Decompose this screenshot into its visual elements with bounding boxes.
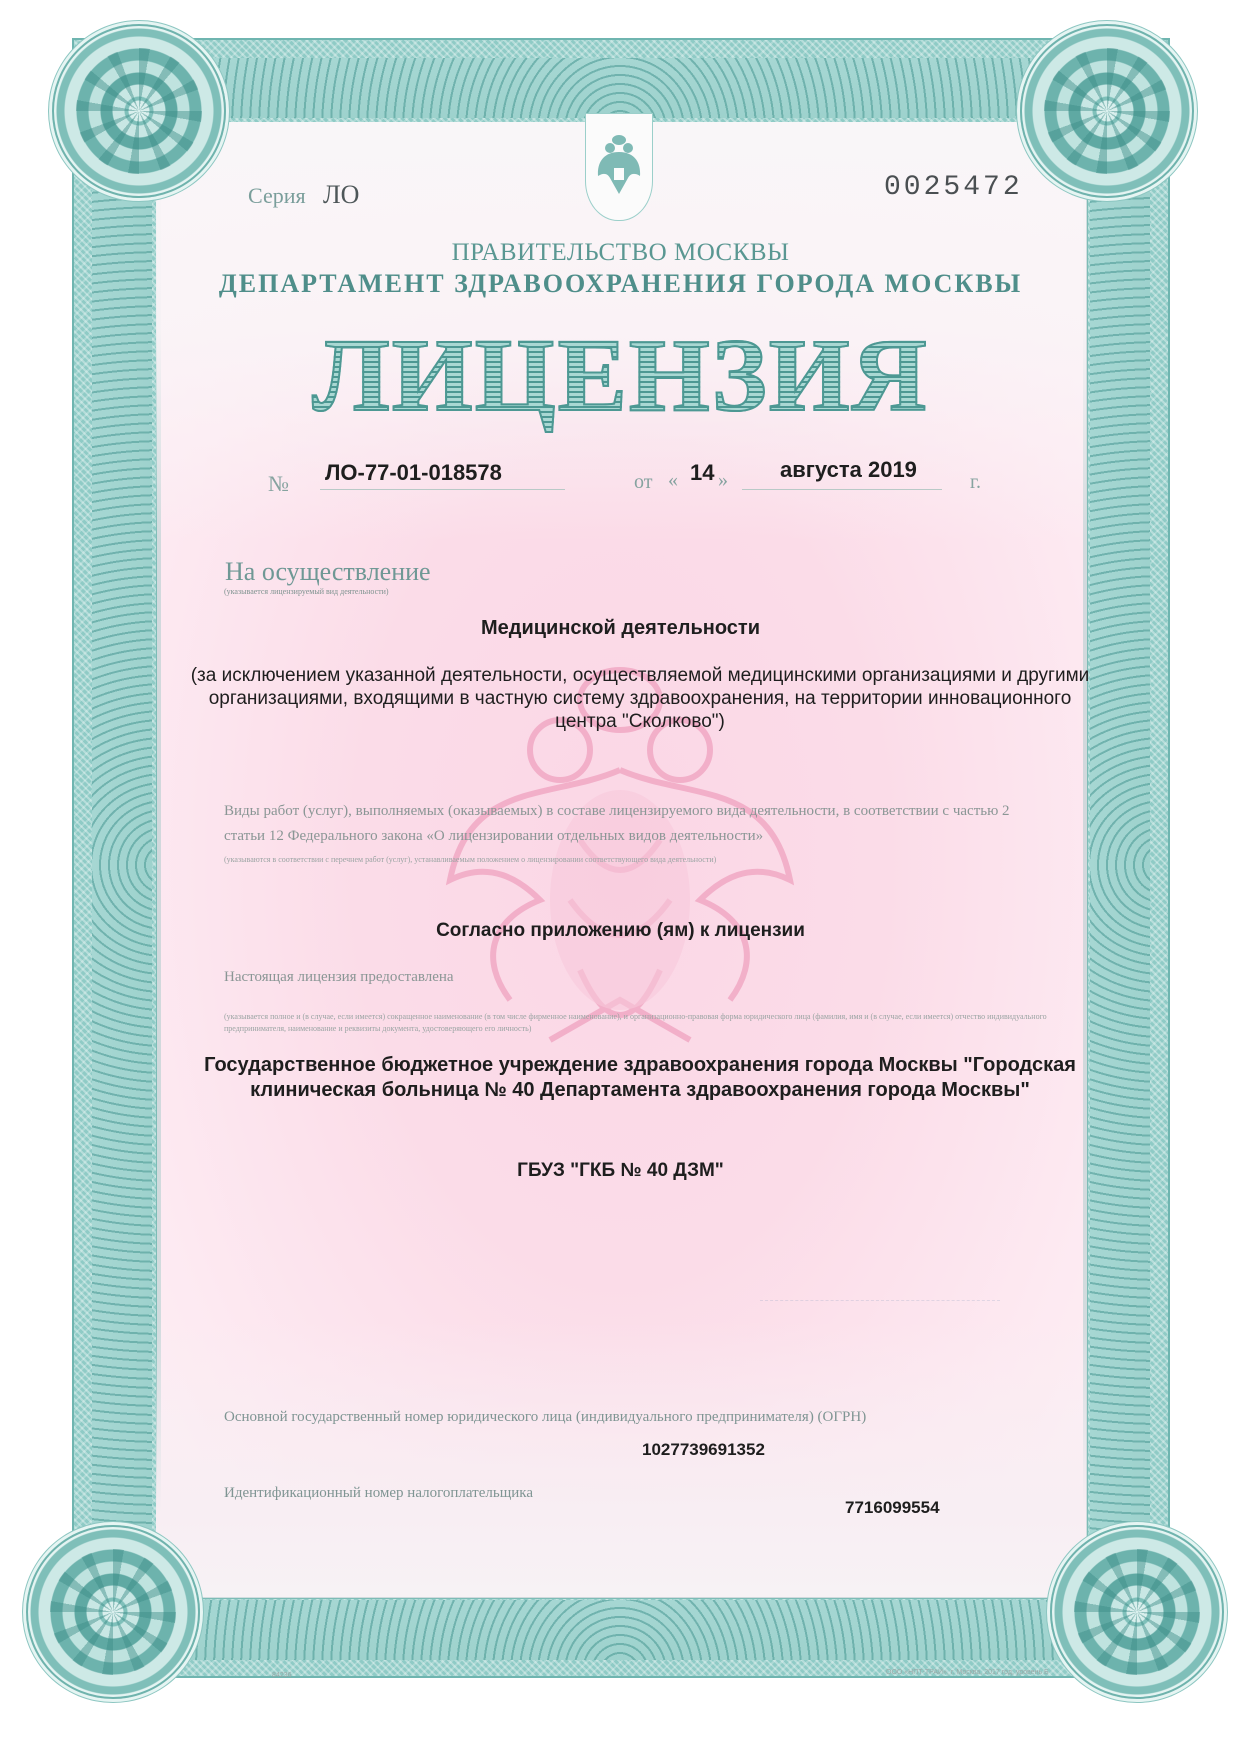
frame-bottom-band bbox=[150, 1600, 1090, 1660]
serial-number: 0025472 bbox=[884, 172, 1023, 203]
frame-top-band bbox=[150, 58, 1090, 118]
number-underline bbox=[320, 489, 565, 490]
corner-rosette-icon bbox=[1050, 1525, 1224, 1699]
activity-hint: (указывается лицензируемый вид деятельно… bbox=[224, 587, 389, 596]
date-from-label: от bbox=[634, 471, 652, 494]
works-description: Виды работ (услуг), выполняемых (оказыва… bbox=[224, 799, 1054, 849]
month-underline bbox=[742, 489, 942, 490]
license-document: Серия ЛО 0025472 ПРАВИТЕЛЬСТВО МОСКВЫ ДЕ… bbox=[0, 0, 1241, 1754]
corner-rosette-icon bbox=[26, 1525, 200, 1699]
activity-value: Медицинской деятельности bbox=[0, 617, 1241, 640]
activity-heading: На осуществление bbox=[225, 557, 431, 587]
printer-code: 84236 bbox=[272, 1672, 291, 1679]
corner-rosette-icon bbox=[52, 24, 226, 198]
series-value: ЛО bbox=[323, 180, 359, 210]
printer-imprint: ООО «НПТ-ТРАЙ», г. Москва, 2017 год, уро… bbox=[886, 1669, 1049, 1676]
ogrn-label: Основной государственный номер юридическ… bbox=[224, 1409, 866, 1426]
series-label: Серия bbox=[248, 183, 306, 209]
license-number: ЛО-77-01-018578 bbox=[325, 460, 502, 486]
faded-stamp bbox=[760, 1300, 1000, 1381]
inn-value: 7716099554 bbox=[845, 1498, 940, 1518]
works-value: Согласно приложению (ям) к лицензии bbox=[0, 920, 1241, 942]
organization-short-name: ГБУЗ "ГКБ № 40 ДЗМ" bbox=[0, 1160, 1241, 1182]
quote-open: « bbox=[668, 469, 678, 492]
issuing-department: ДЕПАРТАМЕНТ ЗДРАВООХРАНЕНИЯ ГОРОДА МОСКВ… bbox=[0, 269, 1241, 299]
number-label: № bbox=[268, 471, 289, 497]
year-suffix: г. bbox=[970, 471, 981, 494]
granted-hint: (указывается полное и (в случае, если им… bbox=[224, 1011, 1054, 1035]
corner-rosette-icon bbox=[1020, 24, 1194, 198]
document-title: ЛИЦЕНЗИЯ bbox=[0, 316, 1241, 435]
organization-full-name: Государственное бюджетное учреждение здр… bbox=[190, 1053, 1090, 1103]
issue-month-year: августа 2019 bbox=[780, 457, 917, 483]
issue-day: 14 bbox=[690, 460, 714, 486]
granted-label: Настоящая лицензия предоставлена bbox=[224, 966, 1054, 989]
inn-label: Идентификационный номер налогоплательщик… bbox=[224, 1485, 533, 1502]
coat-of-arms-icon bbox=[585, 113, 653, 221]
works-hint: (указываются в соответствии с перечнем р… bbox=[224, 855, 716, 864]
quote-close: » bbox=[718, 469, 728, 492]
issuing-government: ПРАВИТЕЛЬСТВО МОСКВЫ bbox=[0, 239, 1241, 267]
activity-exclusion: (за исключением указанной деятельности, … bbox=[190, 664, 1090, 733]
ogrn-value: 1027739691352 bbox=[642, 1440, 765, 1460]
